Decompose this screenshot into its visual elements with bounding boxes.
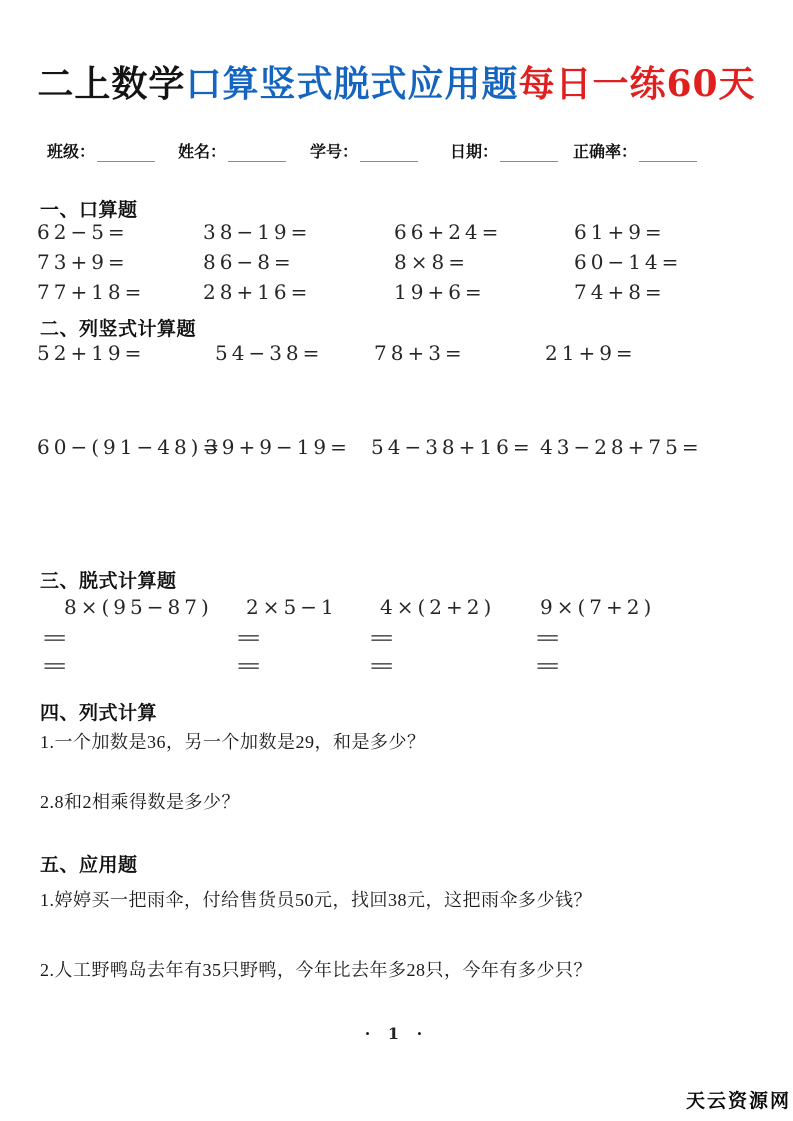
math-problem: 8×8= (394, 250, 469, 274)
math-problem: 9×(7+2) (540, 595, 655, 619)
equals-blank: = (368, 626, 395, 650)
math-problem: 78+3= (374, 341, 466, 365)
math-problem: 8×(95−87) (64, 595, 213, 619)
equals-blank: = (235, 626, 262, 650)
math-problem: 52+19= (37, 341, 145, 365)
title-grade-segment: 二上数学 (37, 63, 185, 105)
math-problem: 77+18= (37, 280, 145, 304)
field-name-label: 姓名： (178, 139, 226, 162)
field-accuracy: 正确率： (573, 139, 697, 162)
equals-blank: = (368, 654, 395, 678)
title-practice-segment: 每日一练60天 (518, 63, 755, 105)
student-info-row: 班级： 姓名： 学号： 日期： 正确率： (0, 139, 793, 165)
math-problem: 28+16= (203, 280, 311, 304)
math-problem: 39+9−19= (205, 435, 351, 459)
math-problem: 60−(91−48)= (37, 435, 223, 459)
math-problem: 54−38= (215, 341, 323, 365)
question-text: 1.一个加数是36，另一个加数是29，和是多少？ (40, 728, 426, 754)
section-5-heading: 五、应用题 (40, 850, 138, 877)
math-problem: 61+9= (574, 220, 666, 244)
equals-blank: = (235, 654, 262, 678)
field-student-number-label: 学号： (310, 139, 358, 162)
field-name: 姓名： (178, 139, 286, 162)
field-date-blank (500, 144, 558, 162)
field-accuracy-blank (639, 144, 697, 162)
math-problem: 38−19= (203, 220, 311, 244)
title-topic-segment: 口算竖式脱式应用题 (185, 63, 518, 105)
field-class-blank (97, 144, 155, 162)
equals-blank: = (41, 654, 68, 678)
section-2-heading: 二、列竖式计算题 (40, 314, 196, 341)
section-3-heading: 三、脱式计算题 (40, 566, 177, 593)
math-problem: 86−8= (203, 250, 295, 274)
math-problem: 19+6= (394, 280, 486, 304)
math-problem: 4×(2+2) (380, 595, 495, 619)
watermark-text: 天云资源网 (686, 1086, 791, 1113)
math-problem: 21+9= (545, 341, 637, 365)
question-text: 2.8和2相乘得数是多少？ (40, 788, 240, 814)
equals-blank: = (534, 654, 561, 678)
equals-blank: = (41, 626, 68, 650)
math-problem: 66+24= (394, 220, 502, 244)
section-1-heading: 一、口算题 (40, 195, 138, 222)
field-date-label: 日期： (450, 139, 498, 162)
field-date: 日期： (450, 139, 558, 162)
field-name-blank (228, 144, 286, 162)
math-problem: 62−5= (37, 220, 129, 244)
worksheet-page: 二上数学口算竖式脱式应用题每日一练60天 班级： 姓名： 学号： 日期： 正确率… (0, 0, 793, 1121)
field-class: 班级： (47, 139, 155, 162)
math-problem: 74+8= (574, 280, 666, 304)
field-student-number: 学号： (310, 139, 418, 162)
question-text: 2.人工野鸭岛去年有35只野鸭，今年比去年多28只，今年有多少只？ (40, 956, 592, 982)
field-accuracy-label: 正确率： (573, 139, 637, 162)
equals-blank: = (534, 626, 561, 650)
page-title: 二上数学口算竖式脱式应用题每日一练60天 (0, 62, 793, 106)
field-student-number-blank (360, 144, 418, 162)
math-problem: 60−14= (574, 250, 682, 274)
field-class-label: 班级： (47, 139, 95, 162)
math-problem: 54−38+16= (371, 435, 534, 459)
math-problem: 43−28+75= (540, 435, 703, 459)
section-4-heading: 四、列式计算 (40, 698, 157, 725)
question-text: 1.婷婷买一把雨伞，付给售货员50元，找回38元，这把雨伞多少钱？ (40, 886, 592, 912)
math-problem: 2×5−1 (246, 595, 338, 619)
math-problem: 73+9= (37, 250, 129, 274)
page-number: · 1 · (0, 1024, 793, 1043)
